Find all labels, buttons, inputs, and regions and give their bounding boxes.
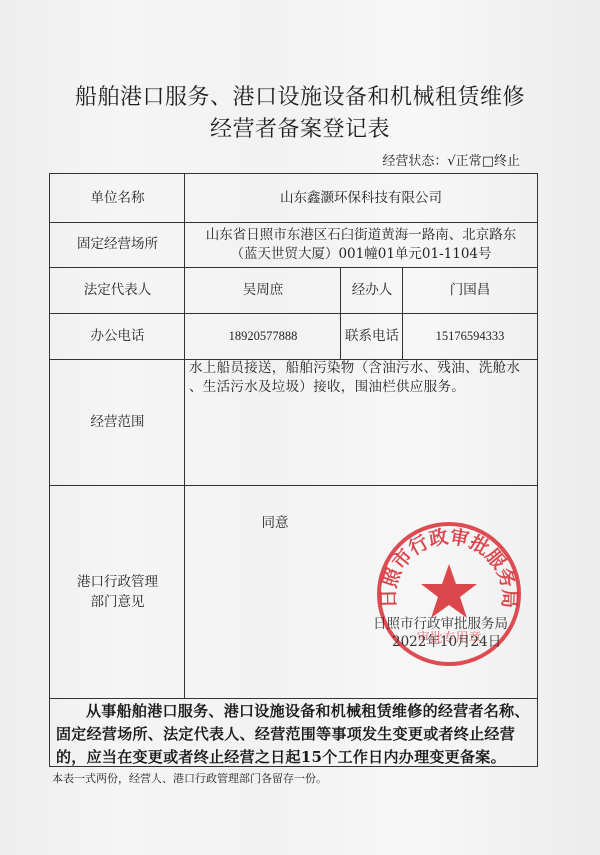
status-option-terminated: 终止 <box>494 154 520 169</box>
business-scope-label: 经营范围 <box>50 359 185 485</box>
issuer-name: 日照市行政审批服务局 <box>373 612 508 632</box>
empty-checkbox-icon: □ <box>482 154 494 169</box>
authority-label-line1: 港口行政管理 <box>77 572 158 592</box>
authority-opinion-value: 同意 <box>255 513 295 533</box>
handler-label: 经办人 <box>341 267 403 313</box>
legal-rep-value: 吴周庶 <box>185 267 341 313</box>
unit-name-label: 单位名称 <box>50 174 185 222</box>
office-phone-value: 18920577888 <box>185 313 341 359</box>
unit-name-value: 山东鑫灏环保科技有限公司 <box>185 174 537 222</box>
handler-value: 门国昌 <box>403 267 537 313</box>
business-scope-line2: 、生活污水及垃圾）接收，围油栏供应服务。 <box>189 378 465 397</box>
document-title-line2: 经营者备案登记表 <box>0 112 600 143</box>
business-scope-line1: 水上船员接送，船舶污染物（含油污水、残油、洗舱水 <box>189 359 520 378</box>
row-divider <box>50 698 537 699</box>
business-status: 经营状态：√正常□终止 <box>382 150 520 169</box>
authority-opinion-label: 港口行政管理 部门意见 <box>50 485 185 698</box>
contact-phone-value: 15176594333 <box>403 313 537 359</box>
issue-date: 2022年10月24日 <box>392 630 501 650</box>
fixed-premises-line2: （蓝天世贸大厦）001幢01单元01-1104号 <box>230 245 491 264</box>
fixed-premises-label: 固定经营场所 <box>50 222 185 267</box>
registration-table: 单位名称 山东鑫灏环保科技有限公司 固定经营场所 山东省日照市东港区石臼街道黄海… <box>49 173 538 767</box>
notice-text: 从事船舶港口服务、港口设施设备和机械租赁维修的经营者名称、固定经营场所、法定代表… <box>56 700 531 769</box>
footnote: 本表一式两份，经营人、港口行政管理部门各留存一份。 <box>52 770 327 786</box>
document-title-line1: 船舶港口服务、港口设施设备和机械租赁维修 <box>0 80 600 111</box>
checkmark-icon: √ <box>447 154 455 169</box>
notice-cell: 从事船舶港口服务、港口设施设备和机械租赁维修的经营者名称、固定经营场所、法定代表… <box>50 700 537 766</box>
fixed-premises-value: 山东省日照市东港区石臼街道黄海一路南、北京路东 （蓝天世贸大厦）001幢01单元… <box>185 222 537 267</box>
authority-label-line2: 部门意见 <box>91 592 145 612</box>
fixed-premises-line1: 山东省日照市东港区石臼街道黄海一路南、北京路东 <box>206 226 517 245</box>
legal-rep-label: 法定代表人 <box>50 267 185 313</box>
status-option-normal: 正常 <box>456 154 482 169</box>
business-scope-value: 水上船员接送，船舶污染物（含油污水、残油、洗舱水 、生活污水及垃圾）接收，围油栏… <box>185 359 537 485</box>
contact-phone-label: 联系电话 <box>341 313 403 359</box>
office-phone-label: 办公电话 <box>50 313 185 359</box>
status-label: 经营状态： <box>382 154 447 169</box>
